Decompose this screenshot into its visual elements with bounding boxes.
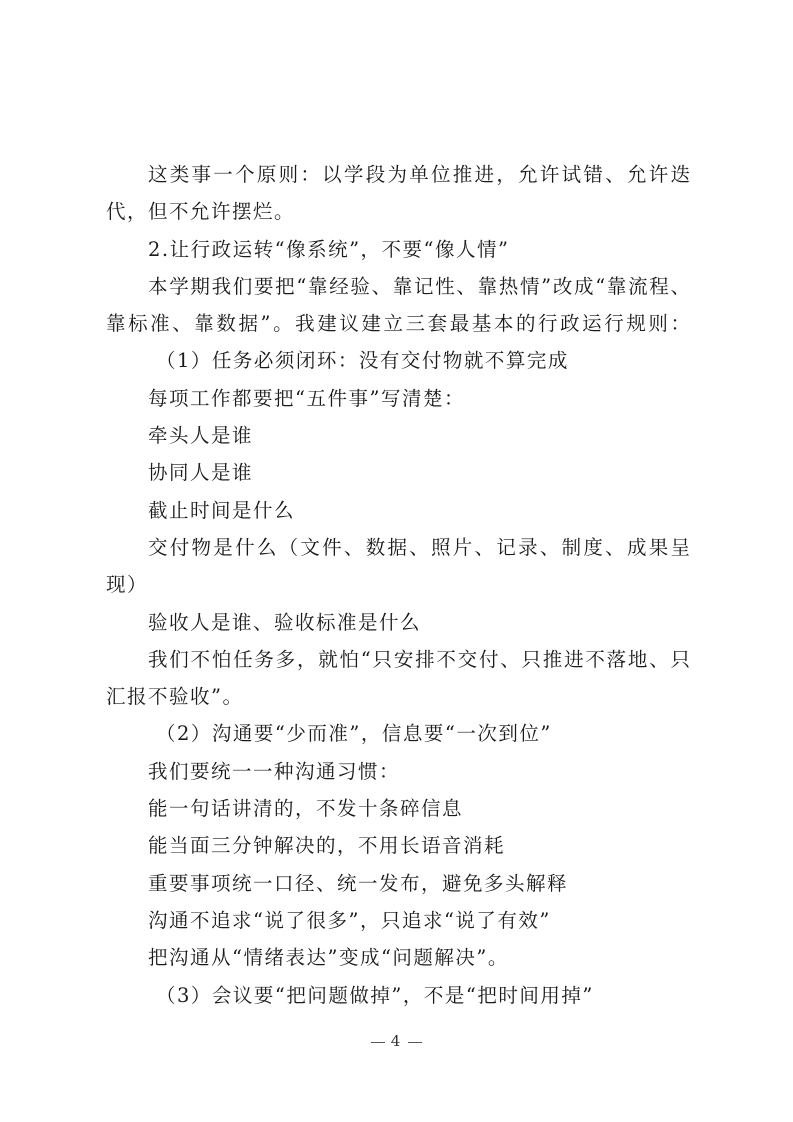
paragraph-line: 靠标准、靠数据”。我建议建立三套最基本的行政运行规则： bbox=[106, 305, 690, 342]
page-number: 4 bbox=[0, 1032, 793, 1050]
list-item: 截止时间是什么 bbox=[106, 492, 690, 529]
paragraph-line: 汇报不验收”。 bbox=[106, 678, 690, 715]
list-item: 能当面三分钟解决的，不用长语音消耗 bbox=[106, 827, 690, 864]
dash-left-icon bbox=[371, 1042, 385, 1043]
document-page: 这类事一个原则：以学段为单位推进，允许试错、允许迭 代，但不允许摆烂。 2.让行… bbox=[0, 0, 793, 1122]
subsection-heading: （1）任务必须闭环：没有交付物就不算完成 bbox=[106, 342, 690, 379]
list-item: 能一句话讲清的，不发十条碎信息 bbox=[106, 790, 690, 827]
paragraph-line: 每项工作都要把“五件事”写清楚： bbox=[106, 380, 690, 417]
list-item: 验收人是谁、验收标准是什么 bbox=[106, 604, 690, 641]
paragraph-line: 本学期我们要把“靠经验、靠记性、靠热情”改成“靠流程、 bbox=[106, 268, 690, 305]
list-item: 重要事项统一口径、统一发布，避免多头解释 bbox=[106, 865, 690, 902]
list-item-continuation: 现） bbox=[106, 566, 690, 603]
list-item: 交付物是什么（文件、数据、照片、记录、制度、成果呈 bbox=[106, 529, 690, 566]
subsection-heading: （3）会议要“把问题做掉”，不是“把时间用掉” bbox=[106, 977, 690, 1014]
paragraph-line: 这类事一个原则：以学段为单位推进，允许试错、允许迭 bbox=[106, 156, 690, 193]
dash-right-icon bbox=[408, 1042, 422, 1043]
body-text: 这类事一个原则：以学段为单位推进，允许试错、允许迭 代，但不允许摆烂。 2.让行… bbox=[106, 156, 690, 1014]
section-heading: 2.让行政运转“像系统”，不要“像人情” bbox=[106, 231, 690, 268]
list-item: 协同人是谁 bbox=[106, 454, 690, 491]
paragraph-line: 把沟通从“情绪表达”变成“问题解决”。 bbox=[106, 939, 690, 976]
subsection-heading: （2）沟通要“少而准”，信息要“一次到位” bbox=[106, 715, 690, 752]
paragraph-line: 我们要统一一种沟通习惯： bbox=[106, 753, 690, 790]
list-item: 沟通不追求“说了很多”，只追求“说了有效” bbox=[106, 902, 690, 939]
paragraph-line: 我们不怕任务多，就怕“只安排不交付、只推进不落地、只 bbox=[106, 641, 690, 678]
paragraph-line: 代，但不允许摆烂。 bbox=[106, 193, 690, 230]
page-number-value: 4 bbox=[391, 1032, 403, 1050]
list-item: 牵头人是谁 bbox=[106, 417, 690, 454]
